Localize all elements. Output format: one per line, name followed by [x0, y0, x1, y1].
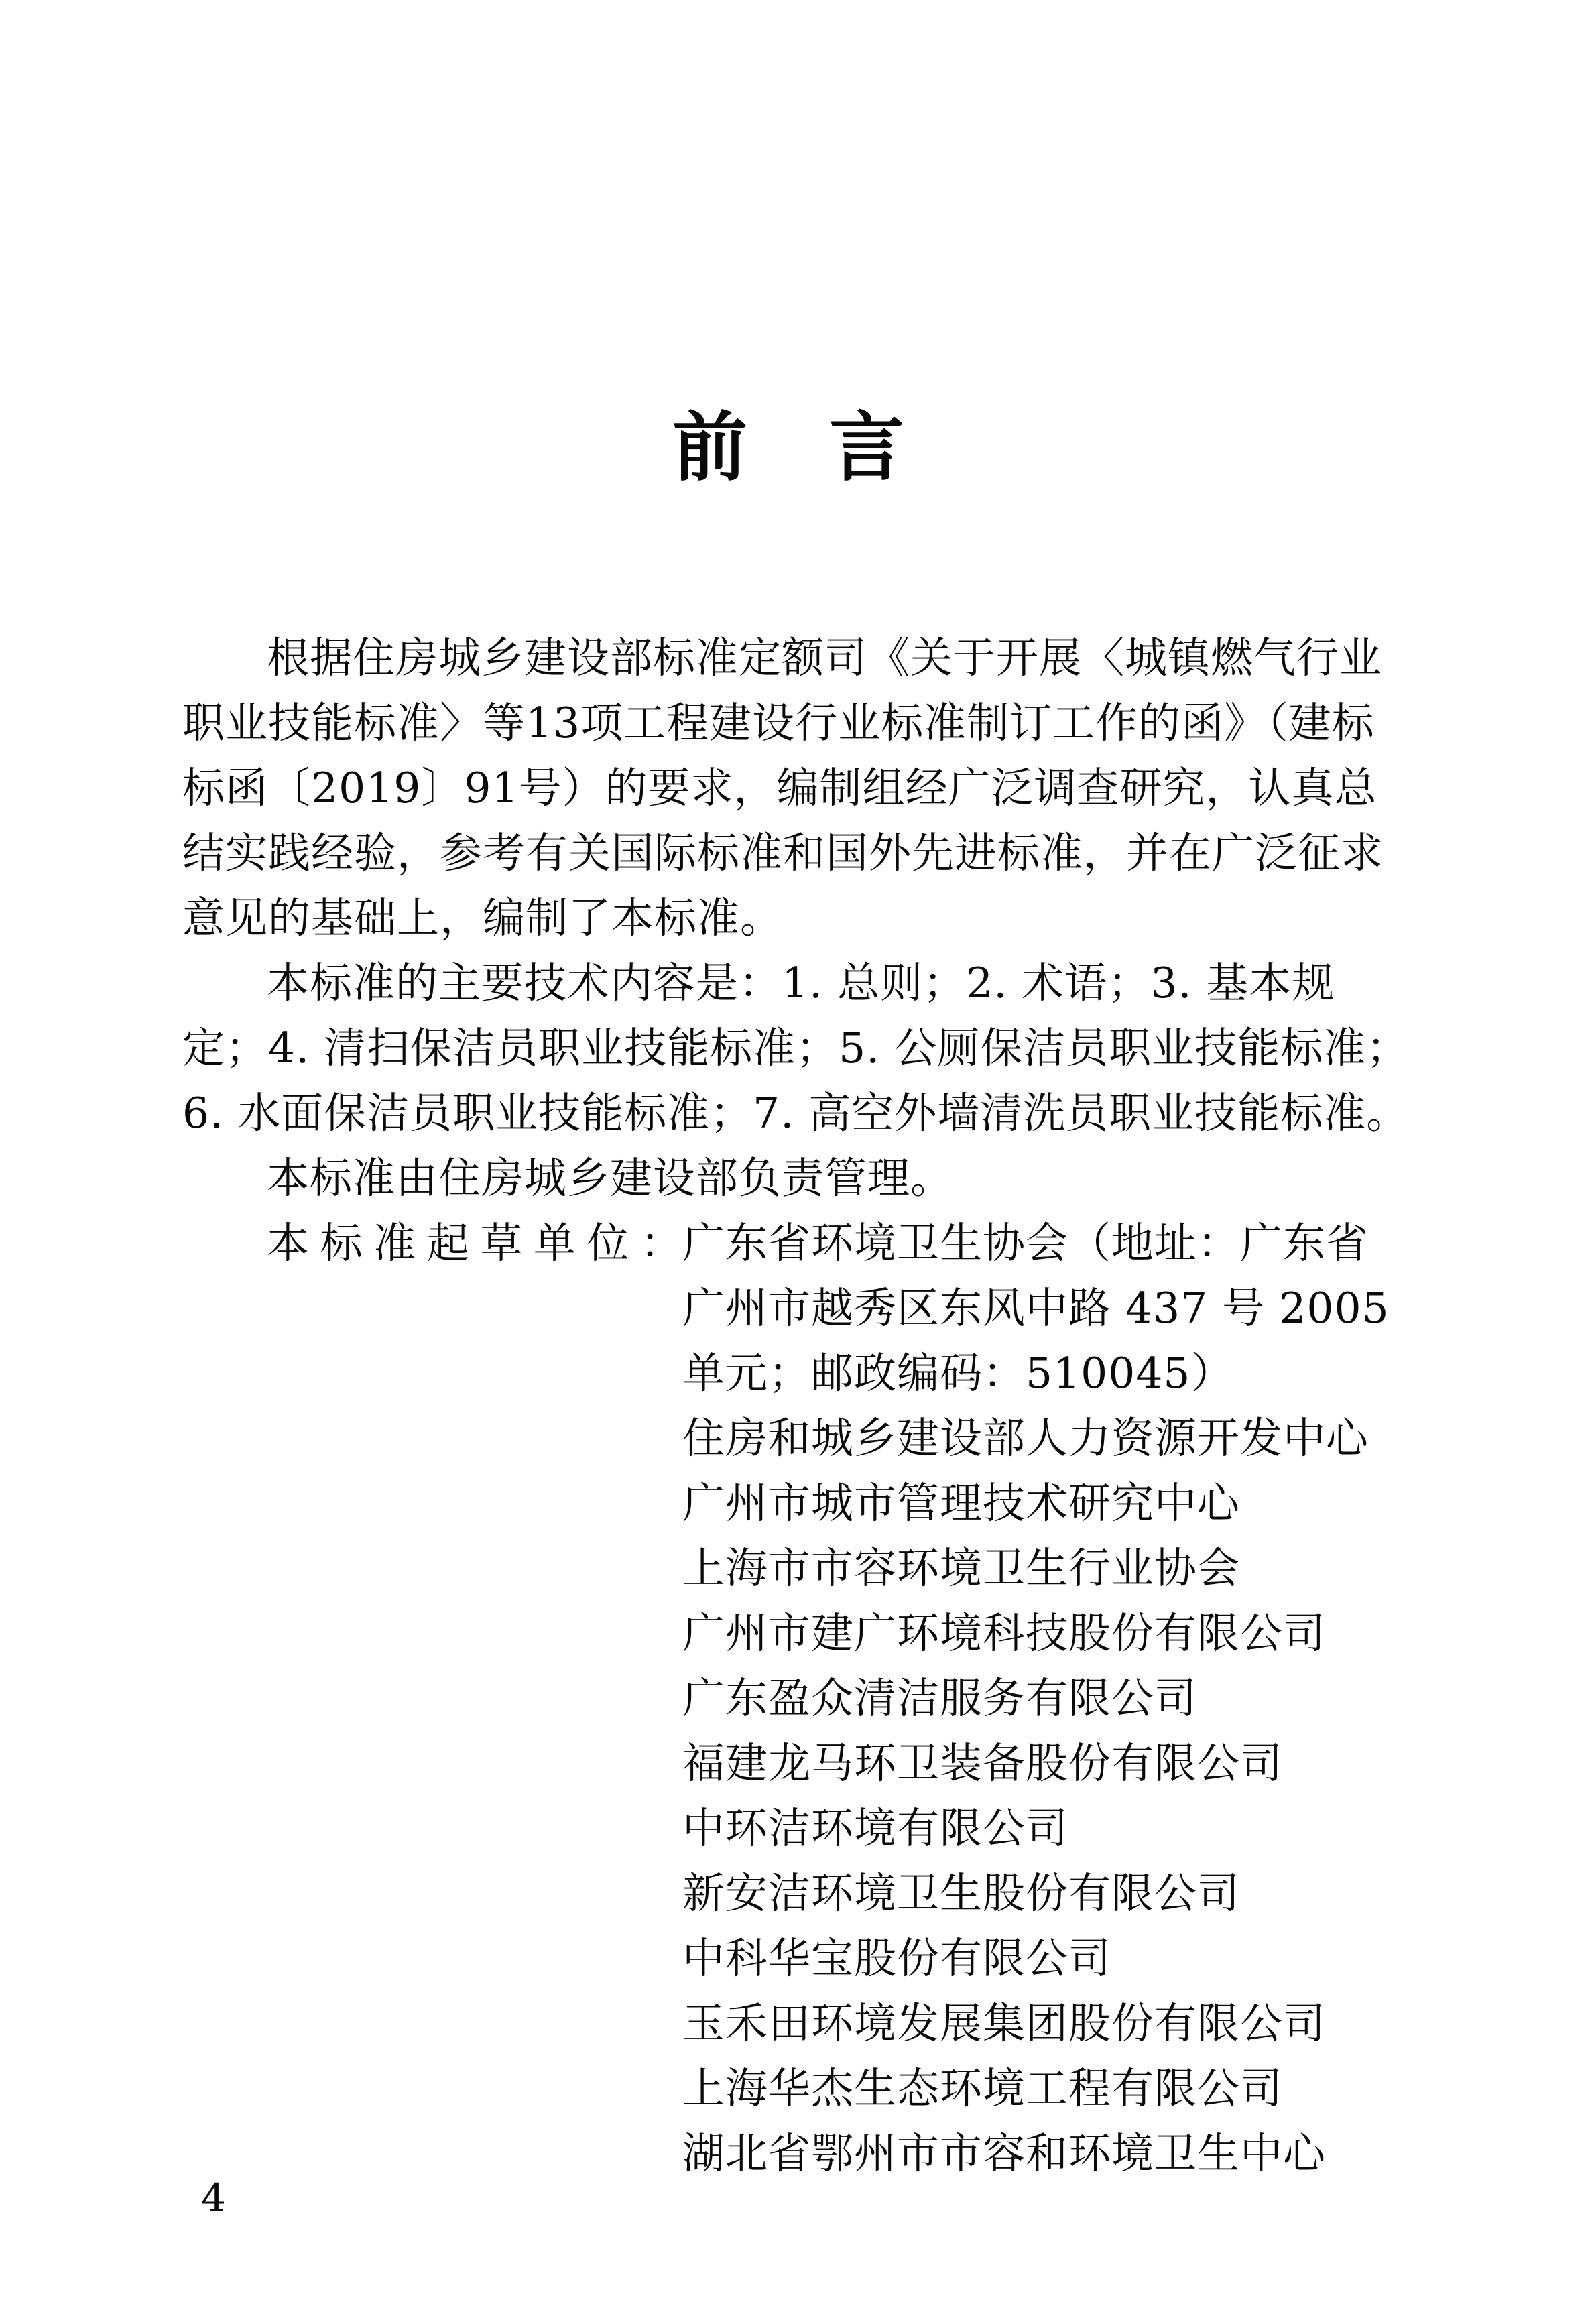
text-line: 6. 水面保洁员职业技能标准；7. 高空外墙清洗员职业技能标准。: [182, 1081, 1394, 1146]
line-text: 广州市建广环境科技股份有限公司: [682, 1609, 1326, 1658]
line-text: 广州市城市管理技术研究中心: [682, 1479, 1240, 1528]
title-char-qian: 前: [672, 401, 747, 495]
line-text: 广东省环境卫生协会（地址：广东省: [682, 1219, 1369, 1268]
text-line: 单元；邮政编码：510045）: [182, 1341, 1394, 1406]
text-line: 本标准起草单位：广东省环境卫生协会（地址：广东省: [182, 1211, 1394, 1276]
line-text: 单元；邮政编码：510045）: [682, 1349, 1234, 1398]
text-line: 玉禾田环境发展集团股份有限公司: [182, 1991, 1394, 2056]
text-line: 意见的基础上，编制了本标准。: [182, 886, 1394, 951]
page-title: 前 言: [182, 401, 1394, 501]
text-line: 新安洁环境卫生股份有限公司: [182, 1861, 1394, 1926]
text-line: 本标准的主要技术内容是：1. 总则；2. 术语；3. 基本规: [182, 951, 1394, 1016]
line-text: 住房和城乡建设部人力资源开发中心: [682, 1414, 1369, 1463]
line-text: 广东盈众清洁服务有限公司: [682, 1674, 1197, 1723]
line-text: 职业技能标准〉等13项工程建设行业标准制订工作的函》（建标: [182, 698, 1375, 747]
line-text: 中环洁环境有限公司: [682, 1804, 1068, 1853]
line-text: 6. 水面保洁员职业技能标准；7. 高空外墙清洗员职业技能标准。: [182, 1089, 1409, 1138]
line-text: 标函〔2019〕91号）的要求，编制组经广泛调查研究，认真总: [182, 764, 1377, 812]
text-line: 上海市市容环境卫生行业协会: [182, 1536, 1394, 1601]
line-text: 上海市市容环境卫生行业协会: [682, 1544, 1240, 1593]
text-line: 中科华宝股份有限公司: [182, 1926, 1394, 1991]
page-number: 4: [201, 2177, 226, 2219]
text-line: 广州市城市管理技术研究中心: [182, 1471, 1394, 1536]
text-line: 上海华杰生态环境工程有限公司: [182, 2056, 1394, 2121]
line-text: 定；4. 清扫保洁员职业技能标准；5. 公厕保洁员职业技能标准；: [182, 1024, 1409, 1073]
line-text: 广州市越秀区东风中路 437 号 2005: [682, 1284, 1390, 1333]
line-text: 中科华宝股份有限公司: [682, 1934, 1111, 1983]
text-line: 中环洁环境有限公司: [182, 1796, 1394, 1861]
line-text: 意见的基础上，编制了本标准。: [182, 894, 783, 943]
text-line: 标函〔2019〕91号）的要求，编制组经广泛调查研究，认真总: [182, 755, 1394, 820]
text-line: 结实践经验，参考有关国际标准和国外先进标准，并在广泛征求: [182, 820, 1394, 886]
text-line: 广州市建广环境科技股份有限公司: [182, 1601, 1394, 1666]
text-line: 广州市越秀区东风中路 437 号 2005: [182, 1276, 1394, 1341]
line-text: 新安洁环境卫生股份有限公司: [682, 1869, 1240, 1918]
drafting-unit-label: 本标准起草单位：: [267, 1211, 682, 1276]
document-page: 前 言 根据住房城乡建设部标准定额司《关于开展〈城镇燃气行业职业技能标准〉等13…: [0, 0, 1596, 2310]
line-text: 上海华杰生态环境工程有限公司: [682, 2064, 1283, 2113]
line-text: 湖北省鄂州市市容和环境卫生中心: [682, 2129, 1326, 2178]
line-text: 根据住房城乡建设部标准定额司《关于开展〈城镇燃气行业: [267, 633, 1382, 682]
text-line: 福建龙马环卫装备股份有限公司: [182, 1731, 1394, 1796]
line-text: 结实践经验，参考有关国际标准和国外先进标准，并在广泛征求: [182, 829, 1384, 877]
text-line: 根据住房城乡建设部标准定额司《关于开展〈城镇燃气行业: [182, 625, 1394, 690]
preface-body: 根据住房城乡建设部标准定额司《关于开展〈城镇燃气行业职业技能标准〉等13项工程建…: [182, 625, 1394, 2186]
title-char-yan: 言: [829, 401, 904, 495]
text-line: 职业技能标准〉等13项工程建设行业标准制订工作的函》（建标: [182, 690, 1394, 755]
text-line: 本标准由住房城乡建设部负责管理。: [182, 1146, 1394, 1211]
line-text: 玉禾田环境发展集团股份有限公司: [682, 1999, 1326, 2048]
line-text: 本标准由住房城乡建设部负责管理。: [267, 1154, 953, 1203]
text-line: 广东盈众清洁服务有限公司: [182, 1666, 1394, 1731]
line-text: 本标准的主要技术内容是：1. 总则；2. 术语；3. 基本规: [267, 959, 1335, 1008]
line-text: 福建龙马环卫装备股份有限公司: [682, 1739, 1283, 1788]
text-line: 住房和城乡建设部人力资源开发中心: [182, 1406, 1394, 1471]
text-line: 湖北省鄂州市市容和环境卫生中心: [182, 2121, 1394, 2186]
text-line: 定；4. 清扫保洁员职业技能标准；5. 公厕保洁员职业技能标准；: [182, 1016, 1394, 1081]
